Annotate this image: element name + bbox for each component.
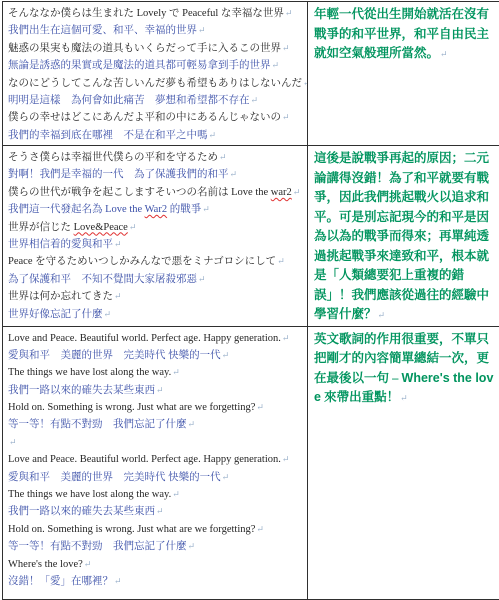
- empty-line: ↵: [8, 434, 305, 451]
- lyric-line: 對啊！我們是幸福的一代 為了保護我們的和平↵: [8, 166, 305, 183]
- return-mark-icon: ↵: [202, 204, 210, 214]
- lyric-line: 愛與和平 美麗的世界 完美時代 快樂的一代↵: [8, 347, 305, 364]
- return-mark-icon: ↵: [156, 506, 164, 516]
- return-mark-icon: ↵: [188, 541, 196, 551]
- return-mark-icon: ↵: [156, 385, 164, 395]
- misspelled-word: Love&Peace: [74, 222, 128, 233]
- return-mark-icon: ↵: [209, 130, 217, 140]
- text-segment: 來帶出重點！: [321, 390, 399, 404]
- text-segment: Hold on. Something is wrong. Just what a…: [8, 402, 255, 413]
- text-segment: Peace を守るためいつしかみんなで悪をミナゴロシにして: [8, 256, 276, 267]
- return-mark-icon: ↵: [172, 489, 180, 499]
- text-segment: Where's the love?: [8, 559, 83, 570]
- text-segment: 我們出生在這個可愛、和平、幸福的世界: [8, 25, 197, 36]
- return-mark-icon: ↵: [222, 350, 230, 360]
- return-mark-icon: ↵: [129, 222, 137, 232]
- lyric-line: 僕らの幸せはどこにあんだよ平和の中にあるんじゃないの↵: [8, 109, 305, 126]
- text-segment: 我們一路以來的確失去某些東西: [8, 506, 155, 517]
- lyric-line: Hold on. Something is wrong. Just what a…: [8, 399, 305, 416]
- lyrics-cell: Love and Peace. Beautiful world. Perfect…: [3, 326, 308, 599]
- return-mark-icon: ↵: [104, 309, 112, 319]
- return-mark-icon: ↵: [400, 393, 408, 403]
- return-mark-icon: ↵: [114, 291, 122, 301]
- text-segment: The things we have lost along the way.: [8, 367, 171, 378]
- lyric-line: Where's the love?↵: [8, 556, 305, 573]
- lyric-line: そうさ僕らは幸福世代僕らの平和を守るため↵: [8, 149, 305, 166]
- table-row: Love and Peace. Beautiful world. Perfect…: [3, 326, 499, 599]
- lyric-line: 明明是這樣 為何會如此痛苦 夢想和希望都不存在↵: [8, 92, 305, 109]
- lyric-line: The things we have lost along the way.↵: [8, 486, 305, 503]
- lyric-line: 無論是誘惑的果實或是魔法的道具都可輕易拿到手的世界↵: [8, 57, 305, 74]
- lyric-line: 世界が信じた Love&Peace↵: [8, 219, 305, 236]
- text-segment: 等一等！有點不對勁 我們忘記了什麼: [8, 541, 187, 552]
- text-segment: 沒錯！「愛」在哪裡？: [8, 576, 113, 587]
- text-segment: Hold on. Something is wrong. Just what a…: [8, 524, 255, 535]
- lyric-line: 我們的幸福到底在哪裡 不是在和平之中嗎↵: [8, 127, 305, 144]
- lyric-line: 世界好像忘記了什麼↵: [8, 306, 305, 323]
- text-segment: 我們這一代發起名為 Love the: [8, 204, 145, 215]
- text-segment: 世界は何か忘れてきた: [8, 291, 113, 302]
- return-mark-icon: ↵: [285, 8, 293, 18]
- text-segment: 等一等！有點不對勁 我們忘記了什麼: [8, 419, 187, 430]
- text-segment: なのにどうしてこんな苦しいんだ夢も希望もありはしないんだ: [8, 78, 302, 89]
- return-mark-icon: ↵: [114, 239, 122, 249]
- text-segment: The things we have lost along the way.: [8, 489, 171, 500]
- lyric-line: 沒錯！「愛」在哪裡？↵: [8, 573, 305, 590]
- text-segment: 年輕一代從出生開始就活在沒有戰爭的和平世界，和平自由民主就如空氣般理所當然。: [314, 7, 489, 60]
- lyric-line: 我們一路以來的確失去某些東西↵: [8, 503, 305, 520]
- text-segment: 世界相信着的愛與和平: [8, 239, 113, 250]
- return-mark-icon: ↵: [219, 152, 227, 162]
- return-mark-icon: ↵: [282, 112, 290, 122]
- text-segment: 為了保護和平 不知不覺間大家屠殺邪惡: [8, 274, 197, 285]
- return-mark-icon: ↵: [188, 419, 196, 429]
- commentary-cell: 年輕一代從出生開始就活在沒有戰爭的和平世界，和平自由民主就如空氣般理所當然。↵: [308, 2, 499, 146]
- text-segment: 我們的幸福到底在哪裡 不是在和平之中嗎: [8, 130, 208, 141]
- lyric-line: Hold on. Something is wrong. Just what a…: [8, 521, 305, 538]
- return-mark-icon: ↵: [303, 78, 308, 88]
- text-segment: そうさ僕らは幸福世代僕らの平和を守るため: [8, 152, 218, 163]
- return-mark-icon: ↵: [293, 187, 301, 197]
- return-mark-icon: ↵: [230, 169, 238, 179]
- return-mark-icon: ↵: [251, 95, 259, 105]
- lyric-line: 我們一路以來的確失去某些東西↵: [8, 382, 305, 399]
- lyrics-cell: そんななか僕らは生まれた Lovely で Peaceful な幸福な世界↵我們…: [3, 2, 308, 146]
- lyric-line: 僕らの世代が戦争を起こしますそいつの名前は Love the war2↵: [8, 184, 305, 201]
- text-segment: 世界が信じた: [8, 222, 74, 233]
- lyric-line: 我們出生在這個可愛、和平、幸福的世界↵: [8, 22, 305, 39]
- text-segment: 愛與和平 美麗的世界 完美時代 快樂的一代: [8, 472, 221, 483]
- return-mark-icon: ↵: [282, 43, 290, 53]
- lyric-line: 等一等！有點不對勁 我們忘記了什麼↵: [8, 416, 305, 433]
- text-segment: 無論是誘惑的果實或是魔法的道具都可輕易拿到手的世界: [8, 60, 271, 71]
- lyrics-cell: そうさ僕らは幸福世代僕らの平和を守るため↵對啊！我們是幸福的一代 為了保護我們的…: [3, 146, 308, 327]
- lyric-line: The things we have lost along the way.↵: [8, 364, 305, 381]
- lyric-line: そんななか僕らは生まれた Lovely で Peaceful な幸福な世界↵: [8, 5, 305, 22]
- lyric-line: 為了保護和平 不知不覺間大家屠殺邪惡↵: [8, 271, 305, 288]
- commentary-paragraph: 這後是說戰爭再起的原因；二元論講得沒錯！為了和平就要有戰爭，因此我們挑起戰火以追…: [314, 149, 499, 326]
- commentary-paragraph: 年輕一代從出生開始就活在沒有戰爭的和平世界，和平自由民主就如空氣般理所當然。↵: [314, 5, 499, 65]
- text-segment: そんななか僕らは生まれた Lovely で Peaceful な幸福な世界: [8, 8, 284, 19]
- return-mark-icon: ↵: [9, 437, 17, 447]
- lyric-line: Love and Peace. Beautiful world. Perfect…: [8, 451, 305, 468]
- return-mark-icon: ↵: [84, 559, 92, 569]
- table-row: そんななか僕らは生まれた Lovely で Peaceful な幸福な世界↵我們…: [3, 2, 499, 146]
- text-segment: 魅惑の果実も魔法の道具もいくらだって手に入るこの世界: [8, 43, 281, 54]
- lyric-line: Peace を守るためいつしかみんなで悪をミナゴロシにして↵: [8, 253, 305, 270]
- return-mark-icon: ↵: [282, 454, 290, 464]
- return-mark-icon: ↵: [282, 333, 290, 343]
- misspelled-word: war2: [271, 187, 292, 198]
- return-mark-icon: ↵: [172, 367, 180, 377]
- return-mark-icon: ↵: [256, 524, 264, 534]
- lyric-line: 我們這一代發起名為 Love the War2 的戰爭↵: [8, 201, 305, 218]
- lyric-line: Love and Peace. Beautiful world. Perfect…: [8, 330, 305, 347]
- text-segment: 僕らの世代が戦争を起こしますそいつの名前は Love the: [8, 187, 271, 198]
- commentary-paragraph: 英文歌詞的作用很重要，不單只把剛才的內容簡單總結一次，更在最後以一句 – Whe…: [314, 330, 499, 409]
- lyric-line: 世界は何か忘れてきた↵: [8, 288, 305, 305]
- text-segment: 對啊！我們是幸福的一代 為了保護我們的和平: [8, 169, 229, 180]
- lyric-line: なのにどうしてこんな苦しいんだ夢も希望もありはしないんだ↵: [8, 75, 305, 92]
- misspelled-word: War2: [145, 204, 167, 215]
- return-mark-icon: ↵: [256, 402, 264, 412]
- text-segment: 這後是說戰爭再起的原因；二元論講得沒錯！為了和平就要有戰爭，因此我們挑起戰火以追…: [314, 151, 489, 321]
- return-mark-icon: ↵: [272, 60, 280, 70]
- text-segment: 明明是這樣 為何會如此痛苦 夢想和希望都不存在: [8, 95, 250, 106]
- lyrics-translation-table: そんななか僕らは生まれた Lovely で Peaceful な幸福な世界↵我們…: [2, 1, 499, 600]
- lyric-line: 世界相信着的愛與和平↵: [8, 236, 305, 253]
- text-segment: 愛與和平 美麗的世界 完美時代 快樂的一代: [8, 350, 221, 361]
- return-mark-icon: ↵: [378, 310, 386, 320]
- table-row: そうさ僕らは幸福世代僕らの平和を守るため↵對啊！我們是幸福的一代 為了保護我們的…: [3, 146, 499, 327]
- return-mark-icon: ↵: [198, 274, 206, 284]
- return-mark-icon: ↵: [222, 472, 230, 482]
- text-segment: 僕らの幸せはどこにあんだよ平和の中にあるんじゃないの: [8, 112, 281, 123]
- return-mark-icon: ↵: [198, 25, 206, 35]
- text-segment: Love and Peace. Beautiful world. Perfect…: [8, 333, 281, 344]
- commentary-cell: 英文歌詞的作用很重要，不單只把剛才的內容簡單總結一次，更在最後以一句 – Whe…: [308, 326, 499, 599]
- commentary-cell: 這後是說戰爭再起的原因；二元論講得沒錯！為了和平就要有戰爭，因此我們挑起戰火以追…: [308, 146, 499, 327]
- text-segment: Love and Peace. Beautiful world. Perfect…: [8, 454, 281, 465]
- return-mark-icon: ↵: [114, 576, 122, 586]
- lyric-line: 等一等！有點不對勁 我們忘記了什麼↵: [8, 538, 305, 555]
- text-segment: 我們一路以來的確失去某些東西: [8, 385, 155, 396]
- text-segment: 世界好像忘記了什麼: [8, 309, 103, 320]
- return-mark-icon: ↵: [440, 49, 448, 59]
- lyric-line: 愛與和平 美麗的世界 完美時代 快樂的一代↵: [8, 469, 305, 486]
- lyric-line: 魅惑の果実も魔法の道具もいくらだって手に入るこの世界↵: [8, 40, 305, 57]
- return-mark-icon: ↵: [277, 256, 285, 266]
- text-segment: 的戰爭: [167, 204, 201, 215]
